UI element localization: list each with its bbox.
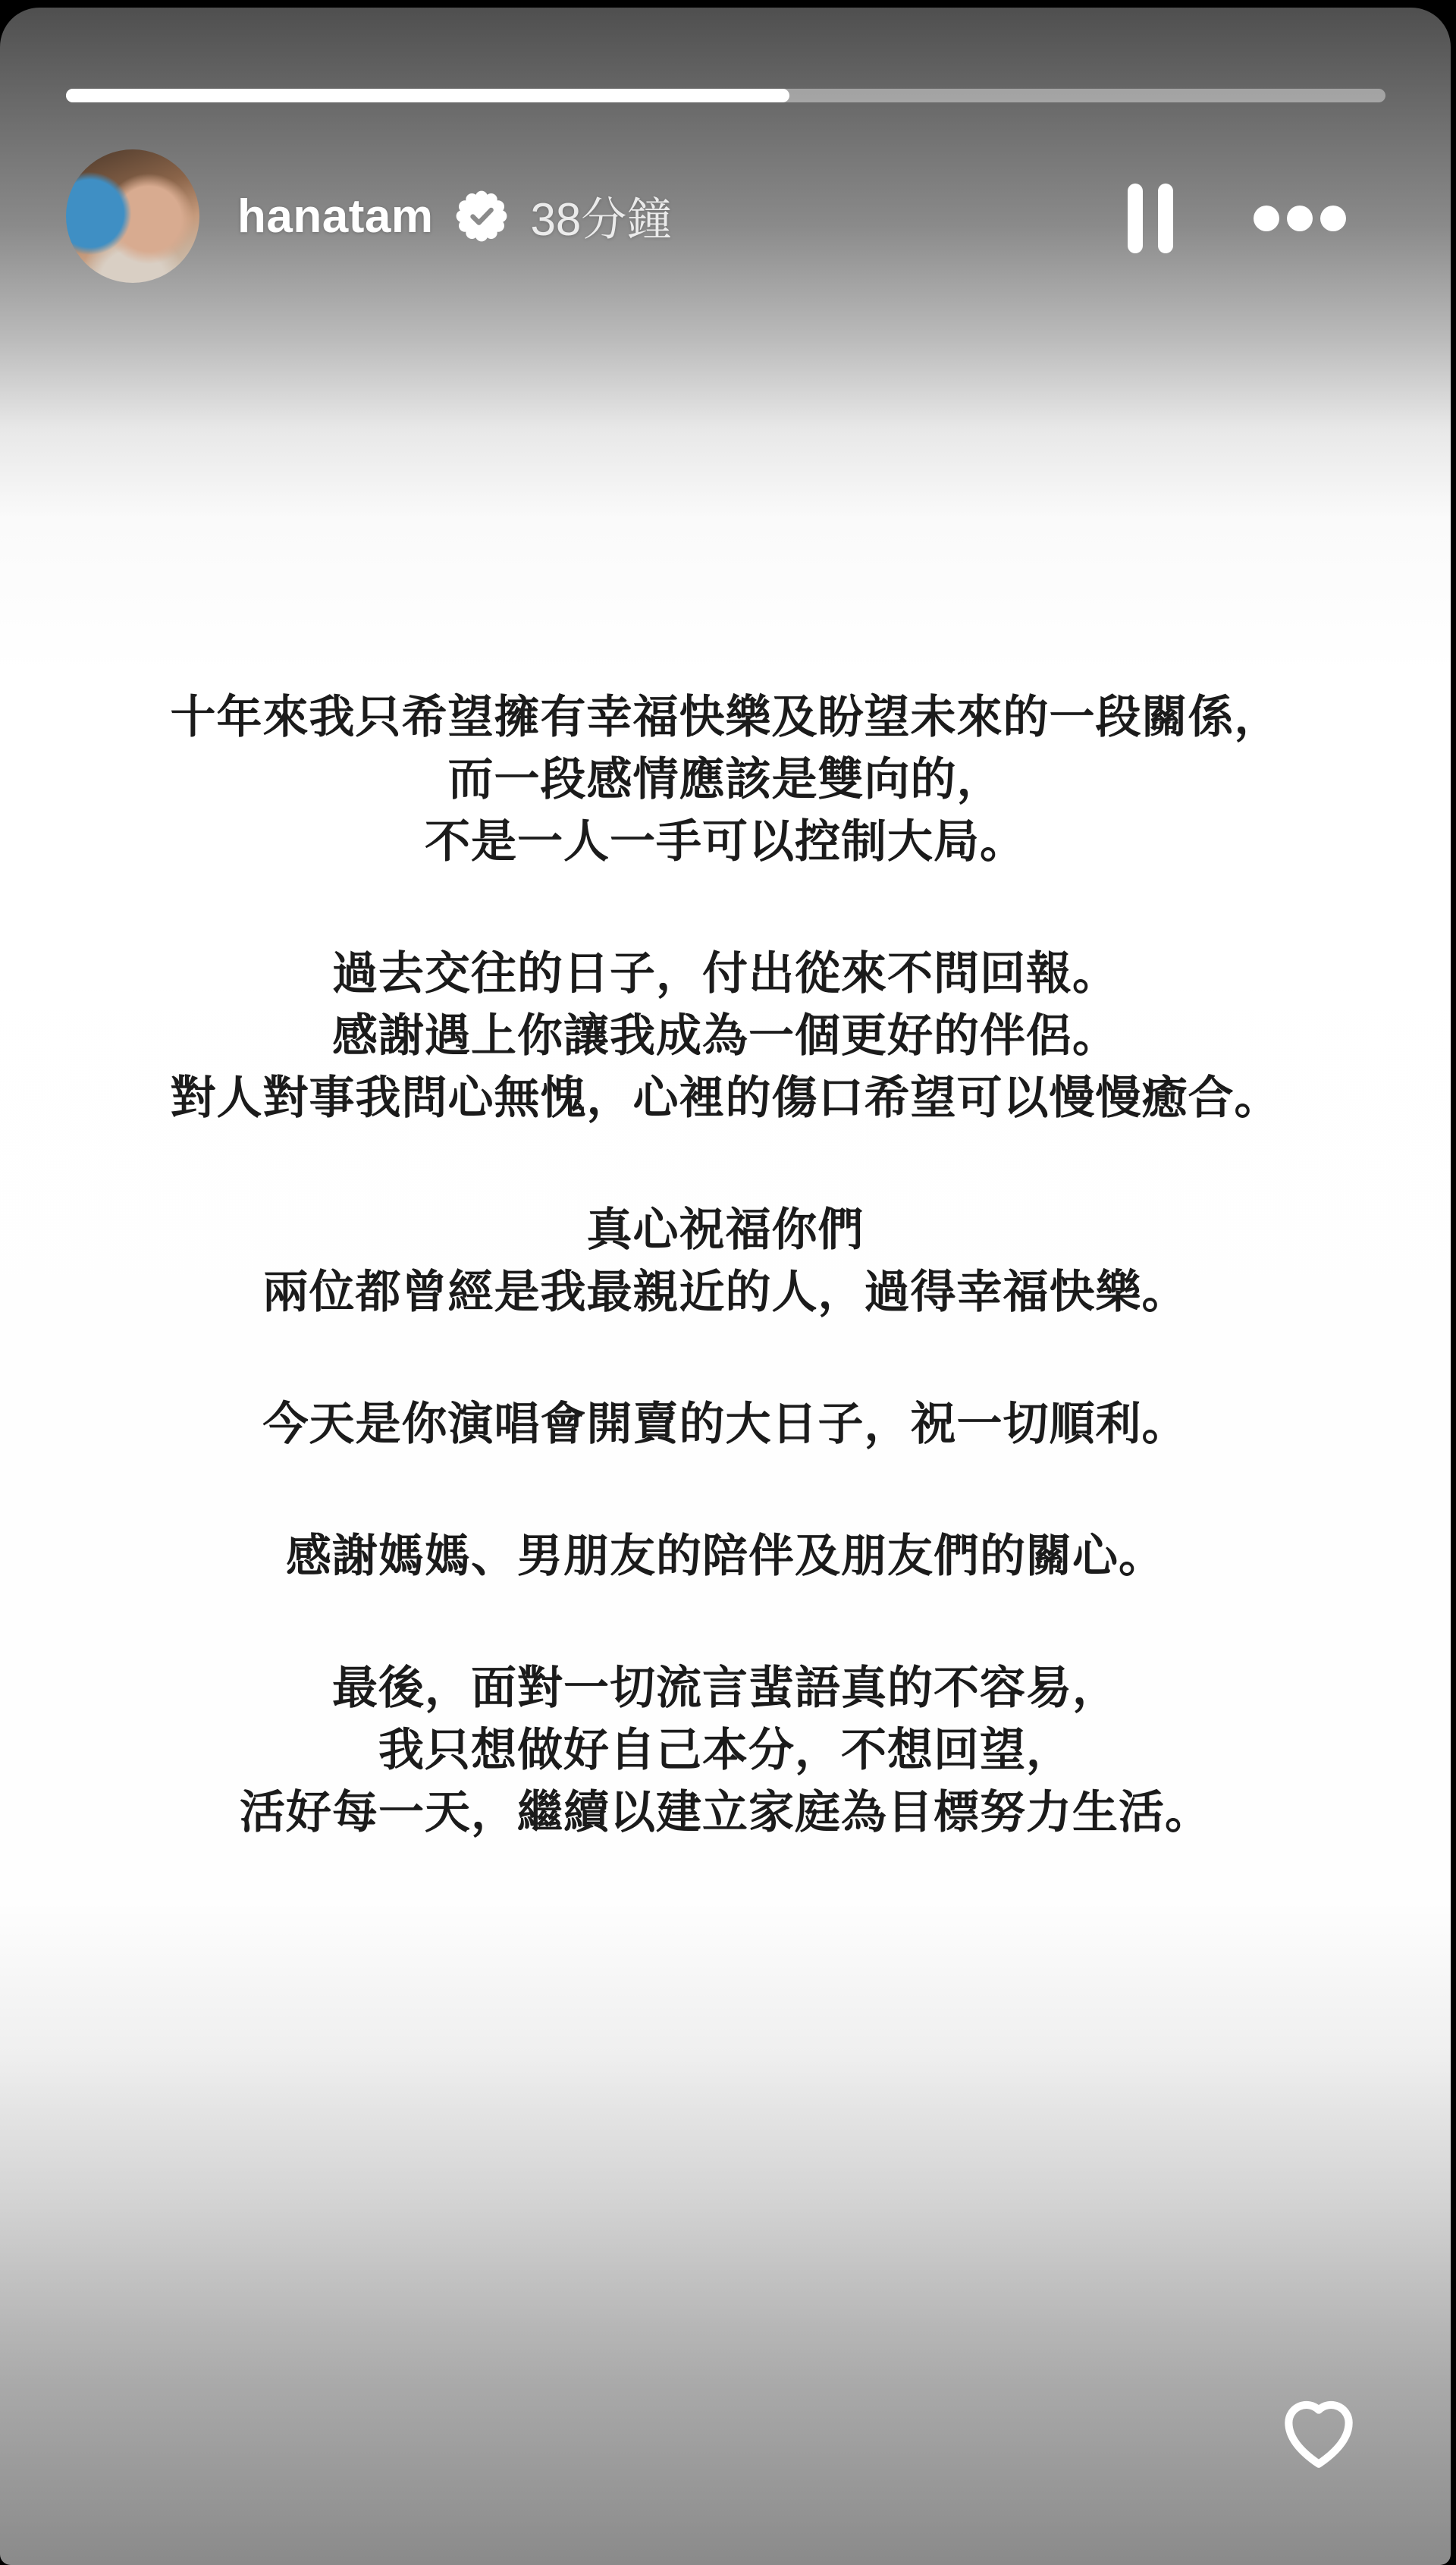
story-text-block: 十年來我只希望擁有幸福快樂及盼望未來的一段關係， 而一段感情應該是雙向的， 不是… [0, 686, 1451, 1844]
pause-icon [1128, 184, 1143, 253]
story-progress-fill [66, 89, 789, 102]
story-progress-bar [66, 89, 1385, 102]
story-paragraph: 今天是你演唱會開賣的大日子，祝一切順利。 [0, 1393, 1451, 1455]
story-text-line: 今天是你演唱會開賣的大日子，祝一切順利。 [0, 1393, 1451, 1455]
story-text-line: 感謝媽媽、男朋友的陪伴及朋友們的關心。 [0, 1525, 1451, 1587]
story-text-line: 不是一人一手可以控制大局。 [0, 811, 1451, 873]
avatar[interactable] [66, 149, 199, 283]
story-paragraph: 最後，面對一切流言蜚語真的不容易， 我只想做好自己本分，不想回望， 活好每一天，… [0, 1657, 1451, 1844]
heart-outline-icon [1268, 2384, 1370, 2477]
more-options-icon [1287, 206, 1313, 231]
story-text-line: 活好每一天，繼續以建立家庭為目標努力生活。 [0, 1782, 1451, 1844]
more-options-icon [1320, 206, 1346, 231]
story-text-line: 真心祝福你們 [0, 1199, 1451, 1261]
more-options-icon [1254, 206, 1279, 231]
story-text-line: 兩位都曾經是我最親近的人，過得幸福快樂。 [0, 1261, 1451, 1323]
story-text-line: 我只想做好自己本分，不想回望， [0, 1719, 1451, 1782]
pause-button[interactable] [1128, 184, 1173, 253]
story-paragraph: 過去交往的日子，付出從來不問回報。 感謝遇上你讓我成為一個更好的伴侶。 對人對事… [0, 943, 1451, 1129]
story-text-line: 最後，面對一切流言蜚語真的不容易， [0, 1657, 1451, 1719]
like-button[interactable] [1268, 2384, 1370, 2477]
story-text-line: 而一段感情應該是雙向的， [0, 749, 1451, 811]
story-text-line: 對人對事我問心無愧，心裡的傷口希望可以慢慢癒合。 [0, 1067, 1451, 1129]
verified-badge-icon [453, 187, 510, 245]
story-paragraph: 感謝媽媽、男朋友的陪伴及朋友們的關心。 [0, 1525, 1451, 1587]
story-text-line: 過去交往的日子，付出從來不問回報。 [0, 943, 1451, 1005]
story-card[interactable]: hanatam 38分鐘 [0, 8, 1451, 2565]
story-paragraph: 真心祝福你們 兩位都曾經是我最親近的人，過得幸福快樂。 [0, 1199, 1451, 1323]
story-text-line: 十年來我只希望擁有幸福快樂及盼望未來的一段關係， [0, 686, 1451, 749]
username[interactable]: hanatam [237, 190, 433, 243]
pause-icon [1158, 184, 1173, 253]
story-header: hanatam 38分鐘 [66, 142, 672, 290]
story-text-line: 感謝遇上你讓我成為一個更好的伴侶。 [0, 1005, 1451, 1067]
more-options-button[interactable] [1254, 205, 1346, 232]
story-timestamp: 38分鐘 [530, 184, 672, 249]
story-paragraph: 十年來我只希望擁有幸福快樂及盼望未來的一段關係， 而一段感情應該是雙向的， 不是… [0, 686, 1451, 873]
